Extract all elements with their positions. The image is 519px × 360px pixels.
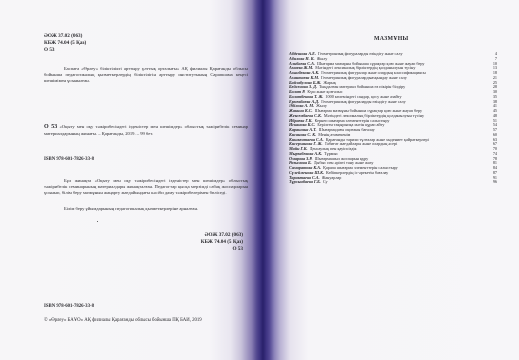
scan-speck bbox=[97, 221, 98, 222]
bibliographic-codes-top: ӘОЖ 37.02 (063) КБЖ 74.04 (5 Қаз) О 53 bbox=[44, 33, 86, 54]
lbc-code: КБЖ 74.04 (5 Қаз) bbox=[44, 40, 86, 47]
toc-entry-author: Тұрсынбаева Г.Б. bbox=[289, 180, 321, 185]
isbn-bottom: ISBN 978-601-7826-33-8 bbox=[44, 304, 94, 309]
publication-note: Баспаға «Өрлеу» біліктілікті арттыру ұлт… bbox=[44, 66, 248, 84]
book-spread: ӘОЖ 37.02 (063) КБЖ 74.04 (5 Қаз) О 53 Б… bbox=[0, 0, 519, 360]
udc-code-bottom: ӘОЖ 37.02 (063) bbox=[201, 232, 243, 239]
toc-entry: Тұрсынбаева Г.Б.Су96 bbox=[289, 180, 497, 185]
author-mark: О 53 bbox=[44, 47, 86, 54]
lbc-code-bottom: КБЖ 74.04 (5 Қаз) bbox=[201, 239, 243, 246]
toc-entry-page: 96 bbox=[485, 180, 497, 185]
bibliographic-codes-bottom: ӘОЖ 37.02 (063) КБЖ 74.04 (5 Қаз) О 53 bbox=[201, 232, 243, 253]
author-mark-bottom: О 53 bbox=[201, 246, 243, 253]
audience-note: Білім беру ұйымдарының педагогикалық қыз… bbox=[44, 206, 248, 212]
udc-code: ӘОЖ 37.02 (063) bbox=[44, 33, 86, 40]
toc-title: МАЗМҰНЫ bbox=[374, 36, 409, 42]
table-of-contents: Абдешова А.Е.Геометриялық фигураларды өз… bbox=[289, 52, 497, 185]
isbn-top: ISBN 978-601-7826-33-8 bbox=[44, 157, 94, 162]
catalog-entry: О 53 «Оқыту мен оқу тәжірибесіндегі ізде… bbox=[44, 124, 248, 137]
copyright-line: © «Өрлеу» БАҰО» АҚ филиалы Қарағанды обл… bbox=[44, 318, 202, 323]
abstract: Бұл жинақта «Оқыту мен оқу тәжірибесінде… bbox=[44, 178, 248, 196]
book-spine-shadow bbox=[252, 0, 274, 360]
catalog-entry-code: О 53 bbox=[44, 124, 57, 130]
catalog-entry-text: «Оқыту мен оқу тәжірибесіндегі ізденісте… bbox=[44, 124, 248, 136]
toc-entry-title: Су bbox=[323, 180, 481, 185]
